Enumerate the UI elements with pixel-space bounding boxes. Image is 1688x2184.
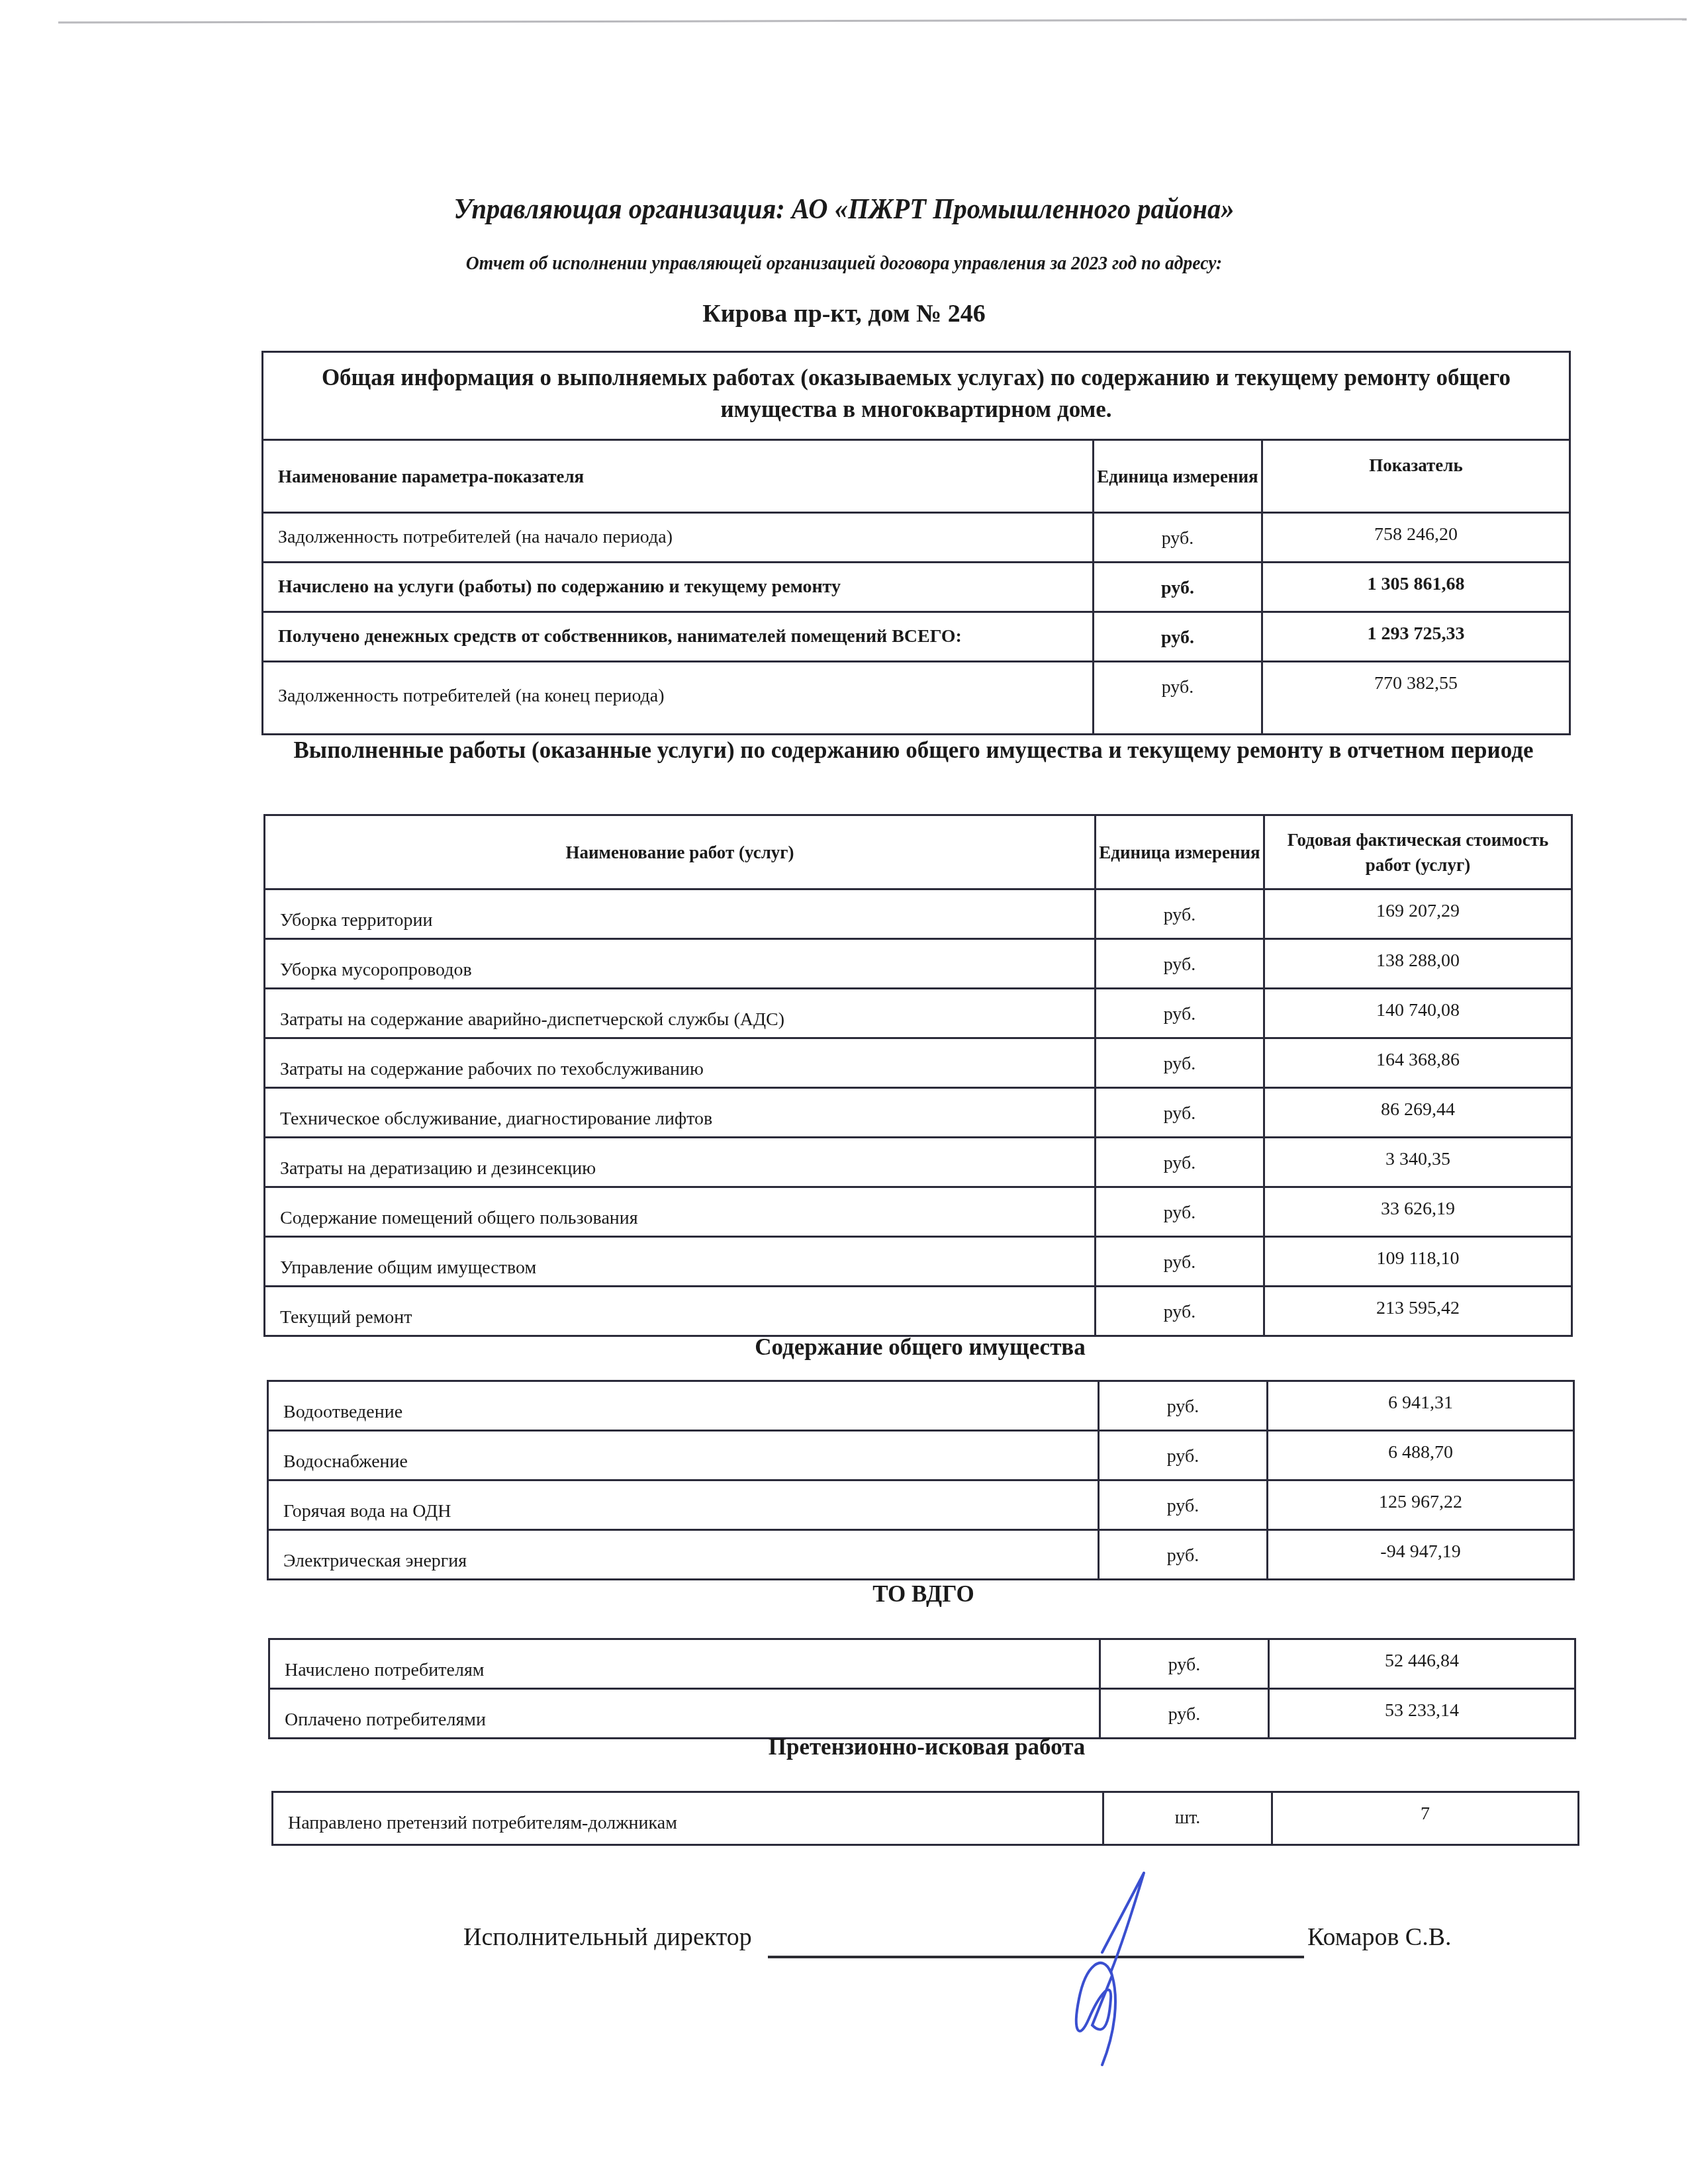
row-name: Горячая вода на ОДН — [268, 1480, 1099, 1530]
table-row: Водоснабжениеруб.6 488,70 — [268, 1431, 1574, 1480]
row-unit: руб. — [1096, 889, 1264, 939]
row-unit: руб. — [1094, 662, 1262, 735]
row-value: 7 — [1272, 1792, 1579, 1845]
row-value: 758 246,20 — [1262, 513, 1570, 563]
vdgo-table: Начислено потребителямруб.52 446,84Оплач… — [268, 1638, 1576, 1739]
row-name: Техническое обслуживание, диагностирован… — [265, 1088, 1096, 1138]
common-property-table: Водоотведениеруб.6 941,31Водоснабжениеру… — [267, 1380, 1575, 1580]
row-unit: руб. — [1096, 939, 1264, 989]
row-name: Уборка территории — [265, 889, 1096, 939]
row-unit: руб. — [1094, 513, 1262, 563]
row-unit: руб. — [1094, 612, 1262, 662]
row-value: 213 595,42 — [1264, 1287, 1572, 1336]
row-name: Водоснабжение — [268, 1431, 1099, 1480]
row-name: Затраты на содержание рабочих по техобсл… — [265, 1038, 1096, 1088]
row-unit: руб. — [1099, 1480, 1268, 1530]
address-heading: Кирова пр-кт, дом № 246 — [0, 299, 1688, 328]
row-name: Получено денежных средств от собственник… — [263, 612, 1094, 662]
table-row: Задолженность потребителей (на начало пе… — [263, 513, 1570, 563]
row-value: 1 305 861,68 — [1262, 563, 1570, 612]
row-value: 86 269,44 — [1264, 1088, 1572, 1138]
table-row: Содержание помещений общего пользованияр… — [265, 1187, 1572, 1237]
table-row: Уборка мусоропроводовруб.138 288,00 — [265, 939, 1572, 989]
table-row: Водоотведениеруб.6 941,31 — [268, 1381, 1574, 1431]
row-unit: руб. — [1096, 1038, 1264, 1088]
row-unit: руб. — [1094, 563, 1262, 612]
column-header-value: Показатель — [1262, 440, 1570, 513]
column-header-unit: Единица измерения — [1096, 815, 1264, 889]
table-row: Электрическая энергияруб.-94 947,19 — [268, 1530, 1574, 1580]
row-unit: руб. — [1099, 1381, 1268, 1431]
row-unit: руб. — [1096, 1138, 1264, 1187]
table-row: Затраты на содержание аварийно-диспетчер… — [265, 989, 1572, 1038]
table-row: Техническое обслуживание, диагностирован… — [265, 1088, 1572, 1138]
row-name: Затраты на содержание аварийно-диспетчер… — [265, 989, 1096, 1038]
row-name: Начислено потребителям — [269, 1639, 1100, 1689]
row-name: Затраты на дератизацию и дезинсекцию — [265, 1138, 1096, 1187]
claims-title: Претензионно-исковая работа — [265, 1731, 1589, 1763]
signatory-position: Исполнительный директор — [463, 1923, 752, 1952]
row-value: 1 293 725,33 — [1262, 612, 1570, 662]
row-value: 125 967,22 — [1268, 1480, 1574, 1530]
table-row: Начислено на услуги (работы) по содержан… — [263, 563, 1570, 612]
row-value: 6 941,31 — [1268, 1381, 1574, 1431]
row-value: 138 288,00 — [1264, 939, 1572, 989]
table-row: Уборка территориируб.169 207,29 — [265, 889, 1572, 939]
row-unit: шт. — [1103, 1792, 1272, 1845]
table-row: Затраты на дератизацию и дезинсекциюруб.… — [265, 1138, 1572, 1187]
row-name: Направлено претензий потребителям-должни… — [273, 1792, 1103, 1845]
table-row: Задолженность потребителей (на конец пер… — [263, 662, 1570, 735]
row-name: Электрическая энергия — [268, 1530, 1099, 1580]
row-name: Уборка мусоропроводов — [265, 939, 1096, 989]
scan-edge-line — [58, 18, 1687, 23]
common-property-title: Содержание общего имущества — [265, 1332, 1575, 1363]
row-value: 52 446,84 — [1269, 1639, 1575, 1689]
row-unit: руб. — [1096, 1088, 1264, 1138]
column-header-parameter: Наименование параметра-показателя — [263, 440, 1094, 513]
table-row: Начислено потребителямруб.52 446,84 — [269, 1639, 1575, 1689]
row-value: 770 382,55 — [1262, 662, 1570, 735]
vdgo-title: ТО ВДГО — [265, 1578, 1582, 1610]
row-name: Содержание помещений общего пользования — [265, 1187, 1096, 1237]
row-value: 164 368,86 — [1264, 1038, 1572, 1088]
column-header-unit: Единица измерения — [1094, 440, 1262, 513]
table-row: Затраты на содержание рабочих по техобсл… — [265, 1038, 1572, 1088]
claims-table: Направлено претензий потребителям-должни… — [271, 1791, 1579, 1846]
works-section-title: Выполненные работы (оказанные услуги) по… — [291, 735, 1536, 766]
report-subtitle: Отчет об исполнении управляющей организа… — [42, 253, 1646, 275]
table-row: Горячая вода на ОДНруб.125 967,22 — [268, 1480, 1574, 1530]
column-header-annual-cost: Годовая фактическая стоимость работ (усл… — [1264, 815, 1572, 889]
row-unit: руб. — [1096, 1287, 1264, 1336]
row-value: 6 488,70 — [1268, 1431, 1574, 1480]
row-unit: руб. — [1096, 1187, 1264, 1237]
row-name: Текущий ремонт — [265, 1287, 1096, 1336]
row-name: Задолженность потребителей (на конец пер… — [263, 662, 1094, 735]
row-name: Задолженность потребителей (на начало пе… — [263, 513, 1094, 563]
row-unit: руб. — [1099, 1431, 1268, 1480]
row-name: Управление общим имуществом — [265, 1237, 1096, 1287]
general-info-title: Общая информация о выполняемых работах (… — [263, 352, 1570, 440]
column-header-work-name: Наименование работ (услуг) — [265, 815, 1096, 889]
works-table: Наименование работ (услуг) Единица измер… — [263, 814, 1573, 1337]
table-row: Текущий ремонтруб.213 595,42 — [265, 1287, 1572, 1336]
row-value: 109 118,10 — [1264, 1237, 1572, 1287]
row-value: 140 740,08 — [1264, 989, 1572, 1038]
general-info-table: Общая информация о выполняемых работах (… — [261, 351, 1571, 735]
row-name: Водоотведение — [268, 1381, 1099, 1431]
row-value: 3 340,35 — [1264, 1138, 1572, 1187]
row-value: 169 207,29 — [1264, 889, 1572, 939]
organization-title: Управляющая организация: АО «ПЖРТ Промыш… — [68, 192, 1620, 226]
row-value: 33 626,19 — [1264, 1187, 1572, 1237]
table-row: Управление общим имуществомруб.109 118,1… — [265, 1237, 1572, 1287]
handwritten-signature-icon — [1033, 1866, 1165, 2078]
table-row: Получено денежных средств от собственник… — [263, 612, 1570, 662]
row-unit: руб. — [1096, 989, 1264, 1038]
row-unit: руб. — [1099, 1530, 1268, 1580]
row-unit: руб. — [1096, 1237, 1264, 1287]
row-name: Начислено на услуги (работы) по содержан… — [263, 563, 1094, 612]
row-value: -94 947,19 — [1268, 1530, 1574, 1580]
signatory-name: Комаров С.В. — [1307, 1923, 1452, 1952]
table-row: Направлено претензий потребителям-должни… — [273, 1792, 1579, 1845]
row-unit: руб. — [1100, 1639, 1269, 1689]
